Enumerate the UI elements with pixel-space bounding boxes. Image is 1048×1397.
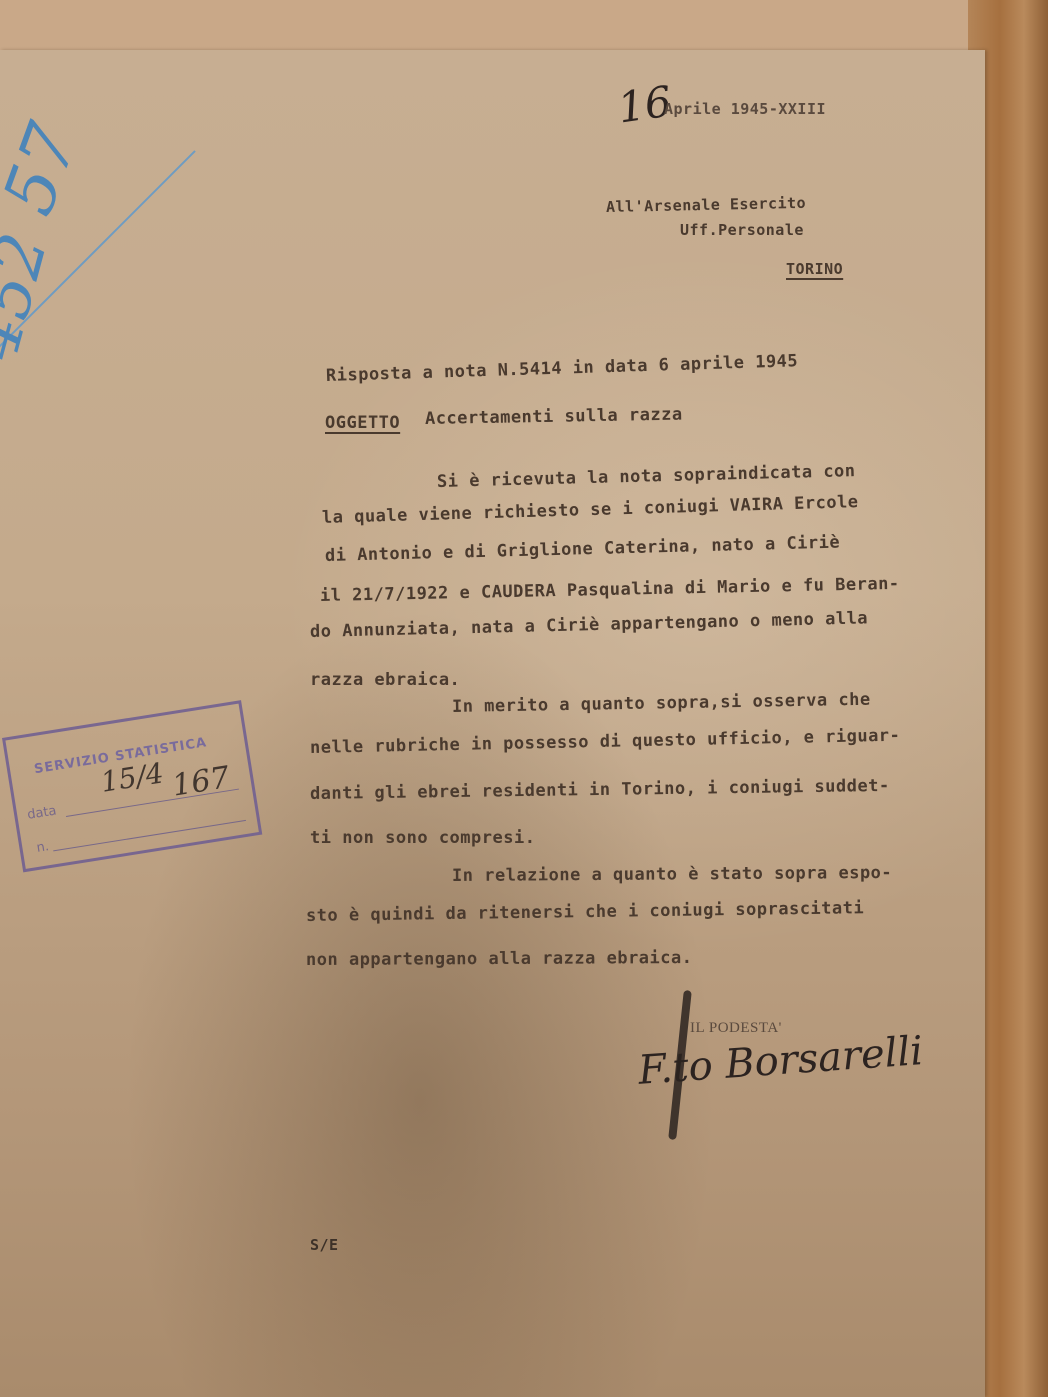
signature-title: IL PODESTA' — [690, 1020, 782, 1037]
subject-label: OGGETTO — [325, 413, 400, 433]
body-line: non appartengano alla razza ebraica. — [306, 948, 693, 970]
stamp-date-label: data — [26, 803, 57, 822]
recipient-city: TORINO — [786, 260, 843, 278]
recipient-line2: Uff.Personale — [680, 221, 804, 239]
footer-initials: S/E — [310, 1236, 339, 1254]
stamp-number-label: n. — [36, 839, 51, 856]
body-line: razza ebraica. — [310, 670, 460, 690]
body-line: ti non sono compresi. — [310, 828, 535, 848]
stamp-number-value: 167 — [170, 760, 232, 804]
body-line: In relazione a quanto è stato sopra espo… — [452, 863, 892, 886]
date-line: Aprile 1945-XXIII — [664, 100, 826, 118]
